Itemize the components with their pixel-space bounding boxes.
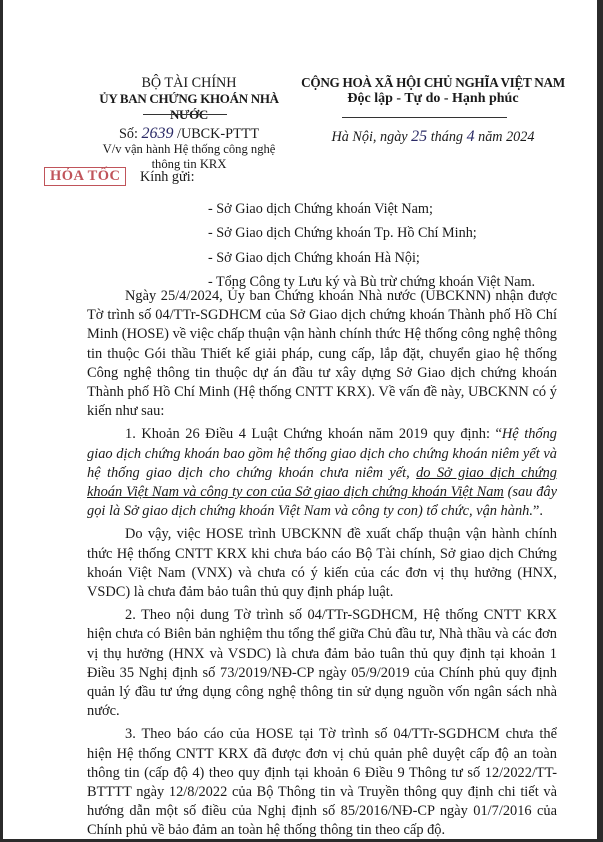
place-and-date: Hà Nội, ngày 25 tháng 4 năm 2024 [291, 128, 575, 146]
urgent-stamp: HỎA TỐC [44, 167, 126, 186]
agency-name: ỦY BAN CHỨNG KHOÁN NHÀ NƯỚC [81, 91, 297, 123]
national-heading: CỘNG HOÀ XÃ HỘI CHỦ NGHĨA VIỆT NAM Độc l… [291, 75, 575, 107]
intro-paragraph: Ngày 25/4/2024, Ủy ban Chứng khoán Nhà n… [87, 287, 557, 421]
paragraph-1: 1. Khoản 26 Điều 4 Luật Chứng khoán năm … [87, 425, 557, 521]
header-divider-left [143, 114, 227, 115]
header-divider-right [342, 117, 507, 118]
paragraph-3: 3. Theo báo cáo của HOSE tại Tờ trình số… [87, 725, 557, 840]
document-number-handwritten: 2639 [141, 125, 173, 142]
day-handwritten: 25 [411, 128, 427, 145]
recipient-list: - Sở Giao dịch Chứng khoán Việt Nam; - S… [208, 197, 535, 294]
document-page: BỘ TÀI CHÍNH ỦY BAN CHỨNG KHOÁN NHÀ NƯỚC… [3, 0, 597, 839]
recipient-item: - Sở Giao dịch Chứng khoán Việt Nam; [208, 197, 535, 221]
letter-body: Ngày 25/4/2024, Ủy ban Chứng khoán Nhà n… [87, 287, 557, 842]
document-reference: Số: 2639 /UBCK-PTTT V/v vận hành Hệ thốn… [81, 126, 297, 172]
paragraph-2: 2. Theo nội dung Tờ trình số 04/TTr-SGDH… [87, 606, 557, 721]
recipient-item: - Sở Giao dịch Chứng khoán Tp. Hồ Chí Mi… [208, 221, 535, 245]
national-motto: Độc lập - Tự do - Hạnh phúc [291, 91, 575, 107]
ministry-name: BỘ TÀI CHÍNH [81, 75, 297, 91]
salutation: Kính gửi: [140, 169, 195, 186]
paragraph-conclusion: Do vậy, việc HOSE trình UBCKNN đề xuất c… [87, 525, 557, 602]
recipient-item: - Sở Giao dịch Chứng khoán Hà Nội; [208, 246, 535, 270]
month-handwritten: 4 [467, 128, 475, 145]
issuing-authority: BỘ TÀI CHÍNH ỦY BAN CHỨNG KHOÁN NHÀ NƯỚC [81, 75, 297, 123]
country-name: CỘNG HOÀ XÃ HỘI CHỦ NGHĨA VIỆT NAM [291, 75, 575, 91]
document-number: Số: 2639 /UBCK-PTTT [81, 126, 297, 142]
